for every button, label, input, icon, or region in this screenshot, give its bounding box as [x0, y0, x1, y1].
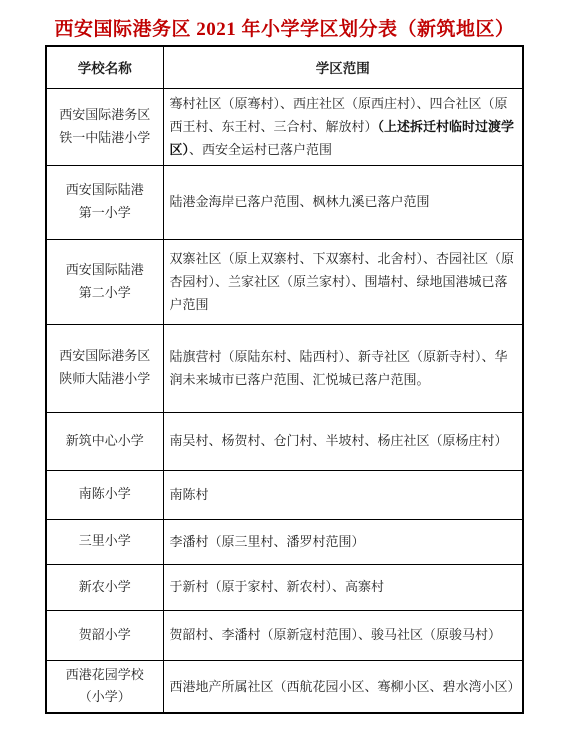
- table-row: 新农小学 于新村（原于家村、新农村）、高寨村: [46, 564, 523, 610]
- table-row: 西安国际陆港 第一小学 陆港金海岸已落户范围、枫林九溪已落户范围: [46, 165, 523, 239]
- school-name-line: 三里小学: [53, 530, 157, 553]
- district-range-cell: 李潘村（原三里村、潘罗村范围）: [163, 519, 523, 564]
- table-row: 西安国际陆港 第二小学 双寨社区（原上双寨村、下双寨村、北舍村）、杏园社区（原杏…: [46, 239, 523, 324]
- district-range-cell: 西港地产所属社区（西航花园小区、骞柳小区、碧水湾小区）: [163, 660, 523, 713]
- school-name-cell: 新筑中心小学: [46, 412, 163, 470]
- table-row: 西安国际港务区 陕师大陆港小学 陆旗营村（原陆东村、陆西村）、新寺社区（原新寺村…: [46, 324, 523, 412]
- school-name-cell: 西安国际陆港 第一小学: [46, 165, 163, 239]
- school-name-cell: 西安国际港务区 陕师大陆港小学: [46, 324, 163, 412]
- school-name-line: 西安国际陆港: [53, 179, 157, 202]
- district-range-cell: 骞村社区（原骞村）、西庄社区（原西庄村）、四合社区（原西王村、东王村、三合村、解…: [163, 88, 523, 165]
- district-range-cell: 南吴村、杨贺村、仓门村、半坡村、杨庄社区（原杨庄村）: [163, 412, 523, 470]
- table-row: 西港花园学校（小学） 西港地产所属社区（西航花园小区、骞柳小区、碧水湾小区）: [46, 660, 523, 713]
- header-school-name: 学校名称: [46, 46, 163, 88]
- header-district-range: 学区范围: [163, 46, 523, 88]
- school-name-line: 西安国际港务区: [53, 104, 157, 127]
- school-name-cell: 南陈小学: [46, 470, 163, 519]
- school-name-line: 陕师大陆港小学: [53, 368, 157, 391]
- school-name-cell: 西安国际港务区 铁一中陆港小学: [46, 88, 163, 165]
- school-name-line: 南陈小学: [53, 483, 157, 506]
- school-name-line: 新筑中心小学: [53, 430, 157, 453]
- district-range-cell: 南陈村: [163, 470, 523, 519]
- table-row: 西安国际港务区 铁一中陆港小学 骞村社区（原骞村）、西庄社区（原西庄村）、四合社…: [46, 88, 523, 165]
- table-row: 新筑中心小学 南吴村、杨贺村、仓门村、半坡村、杨庄社区（原杨庄村）: [46, 412, 523, 470]
- page-title: 西安国际港务区 2021 年小学学区划分表（新筑地区）: [0, 14, 569, 41]
- table-row: 贺韶小学 贺韶村、李潘村（原新寇村范围）、骏马社区（原骏马村）: [46, 610, 523, 660]
- school-name-cell: 西港花园学校（小学）: [46, 660, 163, 713]
- school-name-line: 贺韶小学: [53, 624, 157, 647]
- school-name-line: 西安国际陆港: [53, 259, 157, 282]
- district-range-cell: 陆旗营村（原陆东村、陆西村）、新寺社区（原新寺村）、华润未来城市已落户范围、汇悦…: [163, 324, 523, 412]
- school-name-line: 第二小学: [53, 282, 157, 305]
- district-range-cell: 贺韶村、李潘村（原新寇村范围）、骏马社区（原骏马村）: [163, 610, 523, 660]
- school-name-cell: 三里小学: [46, 519, 163, 564]
- range-text: 、西安全运村已落户范围: [189, 142, 332, 157]
- school-name-line: 新农小学: [53, 576, 157, 599]
- school-name-cell: 贺韶小学: [46, 610, 163, 660]
- table-row: 南陈小学 南陈村: [46, 470, 523, 519]
- table-header-row: 学校名称 学区范围: [46, 46, 523, 88]
- school-name-line: 西安国际港务区: [53, 345, 157, 368]
- school-name-cell: 新农小学: [46, 564, 163, 610]
- school-name-line: 第一小学: [53, 202, 157, 225]
- school-name-line: 西港花园学校（小学）: [53, 664, 157, 710]
- district-range-cell: 陆港金海岸已落户范围、枫林九溪已落户范围: [163, 165, 523, 239]
- table-row: 三里小学 李潘村（原三里村、潘罗村范围）: [46, 519, 523, 564]
- district-range-cell: 于新村（原于家村、新农村）、高寨村: [163, 564, 523, 610]
- school-name-line: 铁一中陆港小学: [53, 127, 157, 150]
- school-name-cell: 西安国际陆港 第二小学: [46, 239, 163, 324]
- school-district-table: 学校名称 学区范围 西安国际港务区 铁一中陆港小学 骞村社区（原骞村）、西庄社区…: [45, 45, 524, 714]
- district-range-cell: 双寨社区（原上双寨村、下双寨村、北舍村）、杏园社区（原杏园村）、兰家社区（原兰家…: [163, 239, 523, 324]
